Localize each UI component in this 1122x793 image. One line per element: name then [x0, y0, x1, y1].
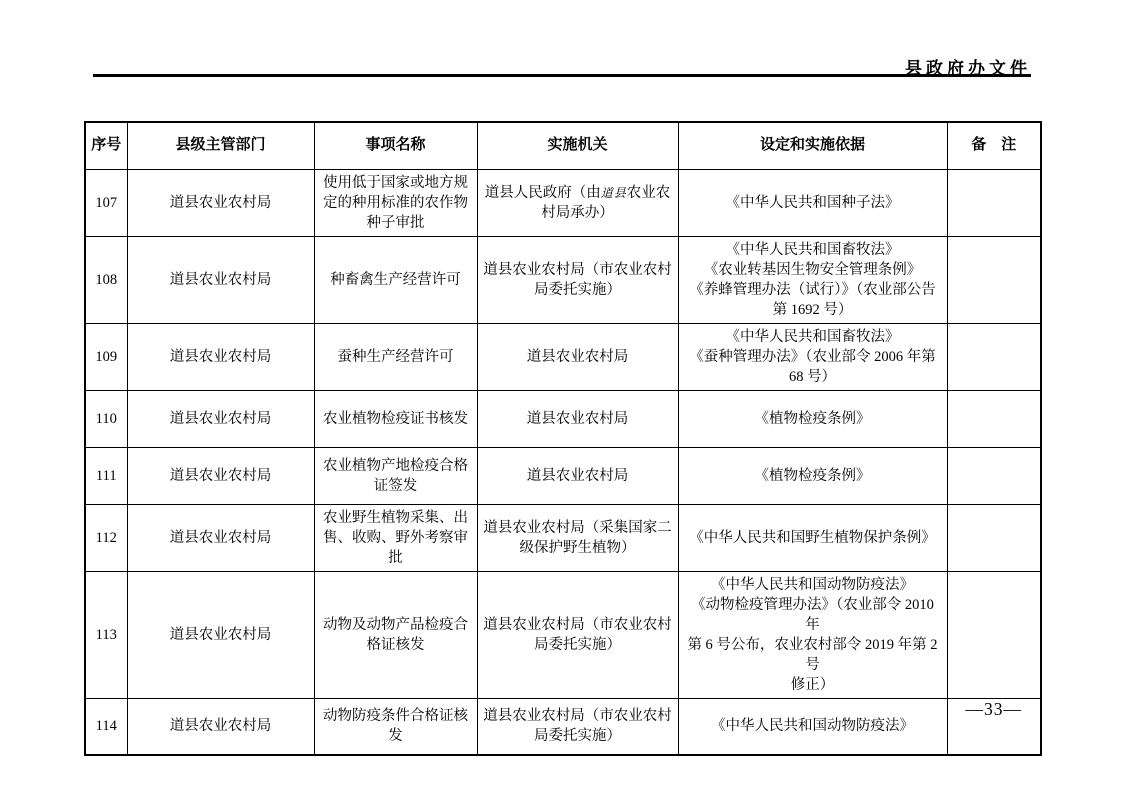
cell-basis: 《中华人民共和国动物防疫法》 《动物检疫管理办法》（农业部令 2010 年 第 … — [678, 571, 947, 698]
cell-note — [947, 447, 1041, 504]
cell-no: 109 — [85, 323, 127, 390]
cell-no: 110 — [85, 390, 127, 447]
cell-item: 农业植物产地检疫合格证签发 — [314, 447, 477, 504]
cell-no: 112 — [85, 504, 127, 571]
cell-agency: 道县农业农村局（市农业农村局委托实施） — [477, 698, 678, 755]
cell-agency: 道县农业农村局 — [477, 323, 678, 390]
document-page: 县政府办文件 序号 县级主管部门 事项名称 实施机关 设定和实施依据 备 注 1… — [0, 0, 1122, 793]
cell-item: 动物及动物产品检疫合格证核发 — [314, 571, 477, 698]
cell-item: 动物防疫条件合格证核发 — [314, 698, 477, 755]
cell-item: 农业植物检疫证书核发 — [314, 390, 477, 447]
cell-note — [947, 504, 1041, 571]
column-header-no: 序号 — [85, 122, 127, 169]
table-row: 112道县农业农村局农业野生植物采集、出售、收购、野外考察审批道县农业农村局（采… — [85, 504, 1041, 571]
cell-basis: 《植物检疫条例》 — [678, 390, 947, 447]
column-header-item: 事项名称 — [314, 122, 477, 169]
cell-basis: 《中华人民共和国动物防疫法》 — [678, 698, 947, 755]
cell-note — [947, 323, 1041, 390]
cell-basis: 《植物检疫条例》 — [678, 447, 947, 504]
cell-department: 道县农业农村局 — [127, 169, 314, 236]
cell-agency: 道县农业农村局 — [477, 390, 678, 447]
cell-department: 道县农业农村局 — [127, 698, 314, 755]
cell-department: 道县农业农村局 — [127, 447, 314, 504]
cell-no: 113 — [85, 571, 127, 698]
table-row: 114道县农业农村局动物防疫条件合格证核发道县农业农村局（市农业农村局委托实施）… — [85, 698, 1041, 755]
cell-item: 农业野生植物采集、出售、收购、野外考察审批 — [314, 504, 477, 571]
cell-item: 使用低于国家或地方规定的种用标准的农作物种子审批 — [314, 169, 477, 236]
cell-department: 道县农业农村局 — [127, 390, 314, 447]
cell-agency: 道县农业农村局（采集国家二级保护野生植物） — [477, 504, 678, 571]
cell-department: 道县农业农村局 — [127, 504, 314, 571]
cell-basis: 《中华人民共和国种子法》 — [678, 169, 947, 236]
column-header-note: 备 注 — [947, 122, 1041, 169]
cell-note — [947, 390, 1041, 447]
cell-note — [947, 169, 1041, 236]
approval-items-table: 序号 县级主管部门 事项名称 实施机关 设定和实施依据 备 注 107道县农业农… — [84, 121, 1042, 756]
table-row: 113道县农业农村局动物及动物产品检疫合格证核发道县农业农村局（市农业农村局委托… — [85, 571, 1041, 698]
table-row: 107道县农业农村局使用低于国家或地方规定的种用标准的农作物种子审批道县人民政府… — [85, 169, 1041, 236]
column-header-agency: 实施机关 — [477, 122, 678, 169]
cell-item: 蚕种生产经营许可 — [314, 323, 477, 390]
cell-basis: 《中华人民共和国畜牧法》 《农业转基因生物安全管理条例》 《养蜂管理办法（试行）… — [678, 236, 947, 323]
cell-no: 108 — [85, 236, 127, 323]
cell-department: 道县农业农村局 — [127, 323, 314, 390]
cell-agency: 道县人民政府（由道县农业农村局承办） — [477, 169, 678, 236]
cell-item: 种畜禽生产经营许可 — [314, 236, 477, 323]
cell-no: 107 — [85, 169, 127, 236]
table-row: 111道县农业农村局农业植物产地检疫合格证签发道县农业农村局《植物检疫条例》 — [85, 447, 1041, 504]
cell-note — [947, 571, 1041, 698]
table-row: 110道县农业农村局农业植物检疫证书核发道县农业农村局《植物检疫条例》 — [85, 390, 1041, 447]
header-rule — [93, 74, 1031, 77]
cell-note — [947, 236, 1041, 323]
cell-agency: 道县农业农村局（市农业农村局委托实施） — [477, 236, 678, 323]
table-header-row: 序号 县级主管部门 事项名称 实施机关 设定和实施依据 备 注 — [85, 122, 1041, 169]
cell-department: 道县农业农村局 — [127, 236, 314, 323]
cell-no: 111 — [85, 447, 127, 504]
cell-basis: 《中华人民共和国畜牧法》 《蚕种管理办法》（农业部令 2006 年第 68 号） — [678, 323, 947, 390]
page-number: —33— — [966, 699, 1023, 720]
handwritten-county-name: 道县 — [601, 186, 627, 200]
cell-department: 道县农业农村局 — [127, 571, 314, 698]
cell-agency: 道县农业农村局（市农业农村局委托实施） — [477, 571, 678, 698]
column-header-department: 县级主管部门 — [127, 122, 314, 169]
column-header-basis: 设定和实施依据 — [678, 122, 947, 169]
table-row: 109道县农业农村局蚕种生产经营许可道县农业农村局《中华人民共和国畜牧法》 《蚕… — [85, 323, 1041, 390]
cell-basis: 《中华人民共和国野生植物保护条例》 — [678, 504, 947, 571]
cell-no: 114 — [85, 698, 127, 755]
table-row: 108道县农业农村局种畜禽生产经营许可道县农业农村局（市农业农村局委托实施）《中… — [85, 236, 1041, 323]
cell-agency: 道县农业农村局 — [477, 447, 678, 504]
